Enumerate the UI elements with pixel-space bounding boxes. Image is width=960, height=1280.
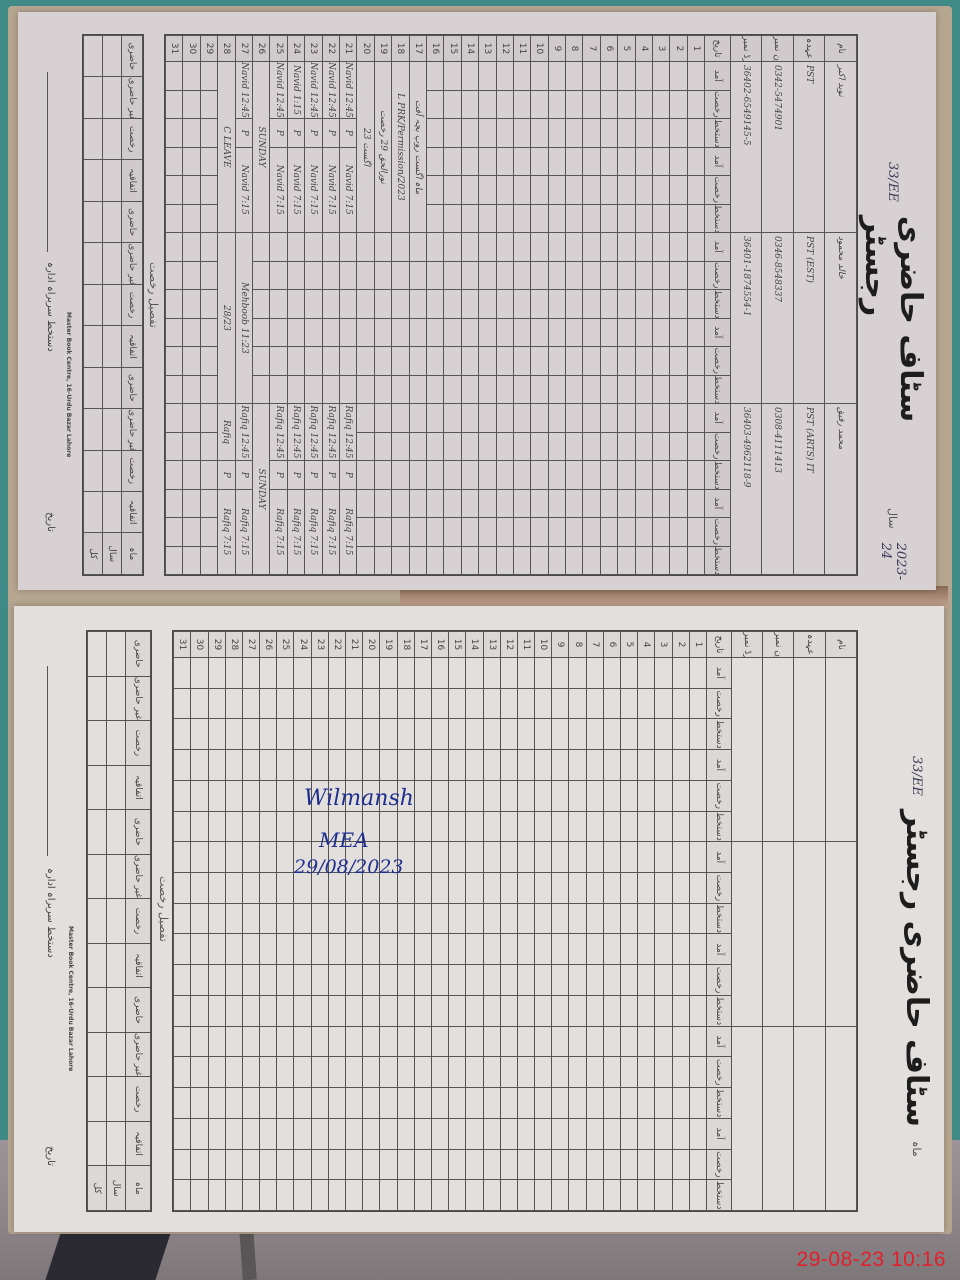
summary-header: رخصت: [126, 721, 151, 766]
empty-cell: [552, 995, 569, 1026]
empty-cell: [414, 1180, 431, 1211]
empty-cell: [586, 780, 603, 811]
empty-cell: [586, 658, 603, 689]
col-departure: رخصت: [705, 176, 730, 205]
empty-cell: [483, 1180, 500, 1211]
empty-cell: [586, 903, 603, 934]
empty-cell: [409, 233, 426, 262]
summary-header: حاضری: [126, 632, 151, 677]
empty-cell: [569, 934, 586, 965]
empty-cell: [242, 719, 259, 750]
empty-cell: [586, 719, 603, 750]
empty-cell: [621, 934, 638, 965]
empty-cell: [374, 546, 391, 575]
empty-cell: [621, 1149, 638, 1180]
empty-cell: [548, 404, 565, 433]
empty-cell: [618, 119, 635, 148]
empty-cell: [583, 119, 600, 148]
empty-cell: [618, 290, 635, 319]
empty-cell: [392, 461, 409, 490]
col-signature: دستخط: [705, 290, 730, 319]
day-number: 21: [340, 36, 357, 62]
empty-cell: [183, 518, 200, 547]
empty-cell: [225, 811, 242, 842]
empty-cell: [600, 318, 617, 347]
empty-cell: [689, 688, 706, 719]
empty-cell: [363, 750, 380, 781]
empty-cell: [431, 780, 448, 811]
empty-cell: [621, 965, 638, 996]
empty-cell: [483, 719, 500, 750]
day-row: 12: [500, 632, 517, 1211]
empty-cell: [397, 1180, 414, 1211]
empty-cell: [687, 489, 704, 518]
empty-cell: [253, 290, 270, 319]
empty-cell: [569, 780, 586, 811]
empty-cell: [517, 1180, 534, 1211]
empty-cell: [466, 995, 483, 1026]
empty-cell: [535, 688, 552, 719]
empty-cell: [655, 934, 672, 965]
empty-cell: [479, 546, 496, 575]
day-number: 4: [635, 36, 652, 62]
staff-1-name: نوید اکبر: [825, 62, 857, 233]
day-row: 22Navid 12:45PNavid 7:15Rafiq 12:45PRafi…: [322, 36, 339, 575]
empty-cell: [200, 404, 217, 433]
empty-cell: [374, 404, 391, 433]
day-row: 9: [552, 632, 569, 1211]
empty-cell: [603, 903, 620, 934]
empty-cell: [242, 1180, 259, 1211]
day-number: 1: [687, 36, 704, 62]
empty-cell: [479, 147, 496, 176]
empty-cell: [670, 546, 687, 575]
empty-cell: [552, 842, 569, 873]
empty-cell: [183, 62, 200, 91]
empty-cell: [322, 290, 339, 319]
empty-cell: [583, 290, 600, 319]
empty-cell: [191, 873, 208, 904]
empty-cell: [600, 62, 617, 91]
day-number: 1: [689, 632, 706, 658]
departure-entry: Rafiq 7:15: [287, 489, 304, 575]
empty-cell: [461, 119, 478, 148]
empty-cell: [586, 1088, 603, 1119]
empty-cell: [392, 489, 409, 518]
day-row: 18L PRK/Permission/2023: [392, 36, 409, 575]
day-number: 8: [569, 632, 586, 658]
empty-cell: [183, 147, 200, 176]
day-row: 14: [466, 632, 483, 1211]
year-value: 2023-24: [878, 543, 908, 590]
empty-cell: [569, 1180, 586, 1211]
empty-cell: [260, 1088, 277, 1119]
publisher-imprint: Master Book Centre, 16-Urdu Bazar Lahore: [67, 926, 74, 1071]
empty-cell: [225, 1180, 242, 1211]
empty-cell: [340, 318, 357, 347]
col-departure: رخصت: [705, 347, 730, 376]
day-number: 23: [311, 632, 328, 658]
empty-cell: [517, 1118, 534, 1149]
empty-cell: [479, 204, 496, 233]
month-label: ماہ: [910, 1141, 923, 1157]
attendance-note: Mehboob 11:23: [235, 233, 252, 404]
empty-cell: [431, 658, 448, 689]
empty-cell: [672, 1149, 689, 1180]
day-row: 25: [277, 632, 294, 1211]
empty-cell: [653, 233, 670, 262]
empty-cell: [191, 719, 208, 750]
empty-cell: [328, 934, 345, 965]
attendance-note: C LEAVE: [218, 62, 235, 233]
empty-cell: [687, 90, 704, 119]
empty-cell: [200, 489, 217, 518]
empty-cell: [500, 1180, 517, 1211]
empty-cell: [183, 119, 200, 148]
empty-cell: [586, 1149, 603, 1180]
empty-cell: [414, 1057, 431, 1088]
day-number: 13: [479, 36, 496, 62]
empty-cell: [548, 290, 565, 319]
empty-cell: [409, 489, 426, 518]
empty-cell: [414, 1026, 431, 1057]
empty-cell: [191, 1026, 208, 1057]
empty-cell: [618, 62, 635, 91]
empty-cell: [531, 318, 548, 347]
empty-cell: [496, 518, 513, 547]
empty-cell: [535, 873, 552, 904]
page-header: 33/EE سٹاف حاضری رجسٹر سال 2023-24: [858, 162, 928, 590]
empty-cell: [621, 1180, 638, 1211]
empty-cell: [414, 780, 431, 811]
empty-cell: [548, 461, 565, 490]
empty-cell: [166, 546, 183, 575]
empty-cell: [552, 965, 569, 996]
empty-cell: [687, 461, 704, 490]
empty-cell: [566, 318, 583, 347]
empty-cell: [392, 318, 409, 347]
empty-cell: [253, 318, 270, 347]
empty-cell: [483, 934, 500, 965]
col-signature: دستخط: [705, 546, 730, 575]
col-signature: دستخط: [705, 119, 730, 148]
empty-cell: [426, 375, 443, 404]
empty-cell: [174, 1149, 191, 1180]
empty-cell: [449, 658, 466, 689]
empty-cell: [621, 719, 638, 750]
empty-cell: [672, 750, 689, 781]
staff-3-name: محمد رفیق: [825, 404, 857, 575]
empty-cell: [655, 1057, 672, 1088]
empty-cell: [414, 1118, 431, 1149]
empty-cell: [687, 546, 704, 575]
empty-cell: [166, 404, 183, 433]
empty-cell: [566, 347, 583, 376]
empty-cell: [569, 1149, 586, 1180]
day-number: 29: [200, 36, 217, 62]
empty-cell: [311, 1180, 328, 1211]
col-departure: رخصت: [706, 688, 731, 719]
empty-cell: [340, 375, 357, 404]
day-row: 24: [294, 632, 311, 1211]
empty-cell: [638, 1149, 655, 1180]
empty-cell: [687, 318, 704, 347]
empty-cell: [166, 176, 183, 205]
summary-header: رخصت: [122, 450, 143, 491]
day-row: 11: [513, 36, 530, 575]
empty-cell: [603, 934, 620, 965]
empty-cell: [687, 233, 704, 262]
empty-cell: [586, 934, 603, 965]
empty-cell: [426, 489, 443, 518]
empty-cell: [322, 347, 339, 376]
empty-cell: [496, 432, 513, 461]
empty-cell: [653, 62, 670, 91]
col-arrival: آمد: [706, 1118, 731, 1149]
empty-cell: [552, 1088, 569, 1119]
empty-cell: [200, 119, 217, 148]
day-row: 3: [653, 36, 670, 575]
empty-cell: [380, 1026, 397, 1057]
day-row: 26: [260, 632, 277, 1211]
summary-row-label: کل: [84, 533, 103, 575]
empty-cell: [513, 432, 530, 461]
empty-cell: [687, 147, 704, 176]
empty-cell: [466, 811, 483, 842]
day-number: 14: [461, 36, 478, 62]
empty-cell: [670, 290, 687, 319]
empty-cell: [635, 432, 652, 461]
empty-cell: [183, 233, 200, 262]
day-number: 31: [174, 632, 191, 658]
day-number: 6: [603, 632, 620, 658]
empty-cell: [635, 518, 652, 547]
empty-cell: [569, 658, 586, 689]
col-arrival: آمد: [706, 842, 731, 873]
empty-cell: [242, 750, 259, 781]
empty-cell: [174, 1026, 191, 1057]
empty-cell: [500, 658, 517, 689]
page-title: سٹاف حاضری رجسٹر: [899, 810, 934, 1127]
empty-cell: [305, 347, 322, 376]
empty-cell: [294, 1149, 311, 1180]
empty-cell: [253, 375, 270, 404]
empty-cell: [191, 811, 208, 842]
register-page-bottom: 33/EE سٹاف حاضری رجسٹر ماہ نام عہدہ: [14, 606, 944, 1232]
day-row: 8: [569, 632, 586, 1211]
empty-cell: [328, 995, 345, 1026]
empty-cell: [174, 780, 191, 811]
empty-cell: [409, 375, 426, 404]
day-number: 19: [380, 632, 397, 658]
empty-cell: [569, 750, 586, 781]
empty-cell: [600, 489, 617, 518]
empty-cell: [689, 750, 706, 781]
empty-cell: [479, 347, 496, 376]
empty-cell: [535, 658, 552, 689]
empty-cell: [444, 119, 461, 148]
presence-mark: P: [340, 461, 357, 490]
empty-cell: [670, 375, 687, 404]
empty-cell: [618, 432, 635, 461]
empty-cell: [653, 261, 670, 290]
empty-cell: [374, 432, 391, 461]
empty-cell: [287, 318, 304, 347]
empty-cell: [397, 934, 414, 965]
empty-cell: [357, 261, 374, 290]
day-row: 21: [346, 632, 363, 1211]
empty-cell: [208, 719, 225, 750]
stamp-role: MEA: [319, 828, 369, 852]
empty-cell: [225, 1118, 242, 1149]
summary-header: غیر حاضری: [122, 77, 143, 118]
empty-cell: [414, 1088, 431, 1119]
empty-cell: [635, 546, 652, 575]
empty-cell: [363, 903, 380, 934]
day-number: 16: [426, 36, 443, 62]
empty-cell: [191, 1088, 208, 1119]
empty-cell: [397, 1057, 414, 1088]
empty-cell: [496, 489, 513, 518]
col-arrival: آمد: [705, 233, 730, 262]
empty-cell: [294, 750, 311, 781]
empty-cell: [357, 318, 374, 347]
staff-2-phone: 0346-8548337: [762, 233, 794, 404]
empty-cell: [311, 750, 328, 781]
empty-cell: [687, 375, 704, 404]
empty-cell: [253, 261, 270, 290]
empty-cell: [635, 176, 652, 205]
empty-cell: [618, 261, 635, 290]
empty-cell: [414, 811, 431, 842]
empty-cell: [552, 873, 569, 904]
empty-cell: [397, 1026, 414, 1057]
date-column-header: تاریخ: [706, 632, 731, 658]
empty-cell: [653, 375, 670, 404]
empty-cell: [583, 318, 600, 347]
empty-cell: [311, 1057, 328, 1088]
empty-cell: [670, 318, 687, 347]
empty-cell: [380, 811, 397, 842]
empty-cell: [517, 688, 534, 719]
empty-cell: [531, 489, 548, 518]
empty-cell: [531, 432, 548, 461]
empty-cell: [653, 204, 670, 233]
summary-header: غیر حاضری: [122, 409, 143, 450]
empty-cell: [531, 90, 548, 119]
empty-cell: [483, 995, 500, 1026]
empty-cell: [672, 1026, 689, 1057]
empty-cell: [380, 750, 397, 781]
empty-cell: [621, 750, 638, 781]
empty-cell: [687, 261, 704, 290]
row-label-name: نام: [825, 36, 857, 62]
row-label-cnic: قومی شناختی کارڈ نمبر: [732, 632, 763, 658]
empty-cell: [687, 404, 704, 433]
empty-cell: [635, 318, 652, 347]
empty-cell: [653, 347, 670, 376]
empty-cell: [483, 688, 500, 719]
empty-cell: [483, 750, 500, 781]
empty-cell: [583, 261, 600, 290]
empty-cell: [603, 873, 620, 904]
presence-mark: P: [340, 119, 357, 148]
empty-cell: [208, 811, 225, 842]
empty-cell: [513, 318, 530, 347]
empty-cell: [242, 1149, 259, 1180]
day-number: 20: [363, 632, 380, 658]
empty-cell: [374, 261, 391, 290]
empty-cell: [635, 290, 652, 319]
empty-cell: [496, 461, 513, 490]
empty-cell: [305, 261, 322, 290]
empty-cell: [294, 688, 311, 719]
empty-cell: [242, 1118, 259, 1149]
empty-cell: [618, 489, 635, 518]
empty-cell: [328, 1118, 345, 1149]
empty-cell: [621, 995, 638, 1026]
day-row: 31: [174, 632, 191, 1211]
empty-cell: [653, 318, 670, 347]
empty-cell: [603, 1180, 620, 1211]
empty-cell: [225, 719, 242, 750]
empty-cell: [618, 404, 635, 433]
empty-cell: [363, 995, 380, 1026]
empty-cell: [431, 1057, 448, 1088]
empty-cell: [638, 842, 655, 873]
empty-cell: [183, 347, 200, 376]
empty-cell: [603, 1057, 620, 1088]
row-label-cnic: قومی شناختی کارڈ نمبر: [730, 36, 762, 62]
empty-cell: [380, 1180, 397, 1211]
day-number: 15: [449, 632, 466, 658]
empty-cell: [618, 147, 635, 176]
empty-cell: [552, 934, 569, 965]
day-number: 29: [208, 632, 225, 658]
empty-cell: [600, 119, 617, 148]
empty-cell: [287, 233, 304, 262]
empty-cell: [461, 404, 478, 433]
day-row: 31: [166, 36, 183, 575]
staff-2-designation: PST (EST): [793, 233, 825, 404]
empty-cell: [191, 1180, 208, 1211]
empty-cell: [552, 750, 569, 781]
col-signature: دستخط: [706, 995, 731, 1026]
empty-cell: [500, 1026, 517, 1057]
empty-cell: [166, 261, 183, 290]
empty-cell: [552, 1180, 569, 1211]
presence-mark: P: [322, 461, 339, 490]
empty-cell: [294, 1088, 311, 1119]
empty-cell: [174, 688, 191, 719]
empty-cell: [174, 1118, 191, 1149]
empty-cell: [449, 1118, 466, 1149]
empty-cell: [346, 1026, 363, 1057]
empty-cell: [183, 176, 200, 205]
empty-cell: [431, 934, 448, 965]
day-number: 17: [409, 36, 426, 62]
day-row: 6: [600, 36, 617, 575]
empty-cell: [496, 62, 513, 91]
empty-cell: [431, 1026, 448, 1057]
empty-cell: [374, 233, 391, 262]
empty-cell: [531, 176, 548, 205]
empty-cell: [689, 1180, 706, 1211]
summary-row-label: ماہ: [126, 1166, 151, 1211]
empty-cell: [569, 1057, 586, 1088]
empty-cell: [496, 261, 513, 290]
empty-cell: [517, 780, 534, 811]
